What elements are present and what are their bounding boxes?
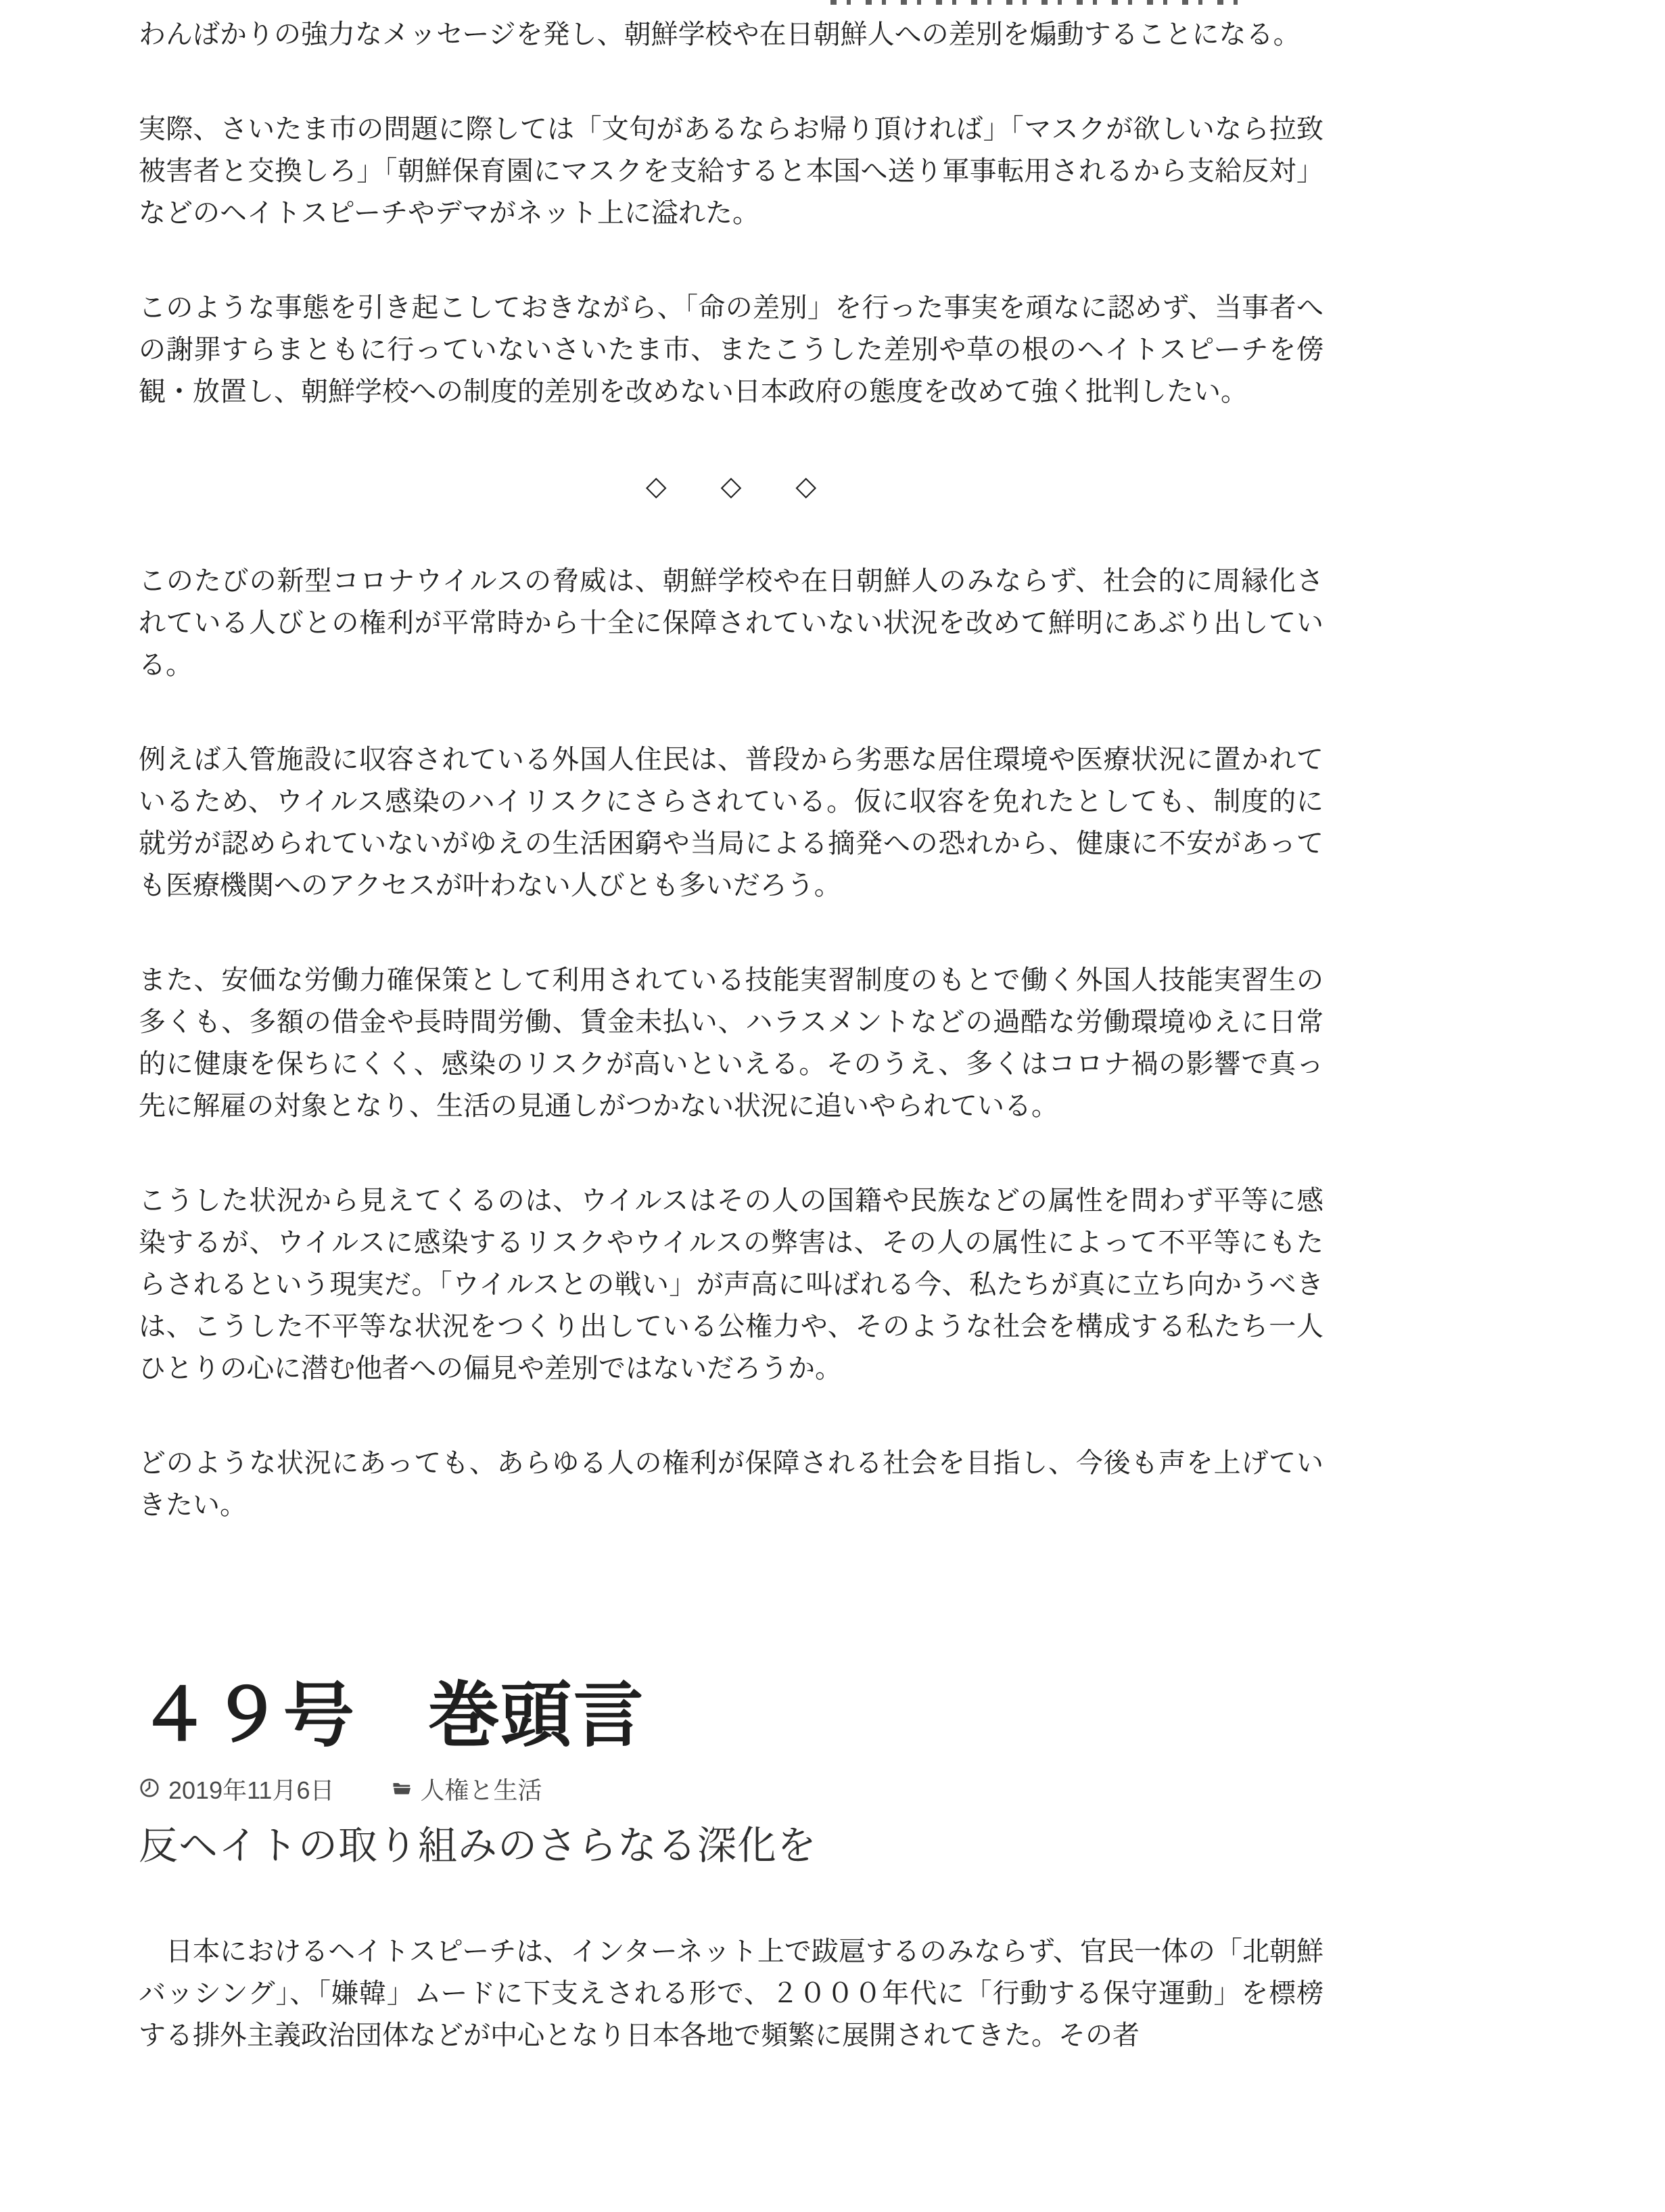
paragraph: また、安価な労働力確保策として利用されている技能実習制度のもとで働く外国人技能実… <box>139 959 1323 1127</box>
post-meta: 2019年11月6日 人権と生活 <box>139 1774 1323 1807</box>
article-excerpt: わんばかりの強力なメッセージを発し、朝鮮学校や在日朝鮮人への差別を煽動することに… <box>139 14 1323 1526</box>
paragraph: 例えば入管施設に収容されている外国人住民は、普段から劣悪な居住環境や医療状況に置… <box>139 739 1323 906</box>
article-content: わんばかりの強力なメッセージを発し、朝鮮学校や在日朝鮮人への差別を煽動することに… <box>139 0 1323 2056</box>
paragraph: 日本におけるヘイトスピーチは、インターネット上で跋扈するのみならず、官民一体の「… <box>139 1931 1323 2056</box>
paragraph: 実際、さいたま市の問題に際しては「文句があるならお帰り頂ければ」「マスクが欲しい… <box>139 108 1323 234</box>
post-subtitle: 反ヘイトの取り組みのさらなる深化を <box>139 1821 1323 1871</box>
clipped-text-fragment <box>830 0 1243 5</box>
paragraph: わんばかりの強力なメッセージを発し、朝鮮学校や在日朝鮮人への差別を煽動することに… <box>139 14 1323 55</box>
folder-icon <box>392 1774 412 1807</box>
post-date[interactable]: 2019年11月6日 <box>168 1774 334 1807</box>
diamond-section-separator: ◇ ◇ ◇ <box>139 465 1323 507</box>
post-date-item: 2019年11月6日 <box>139 1774 334 1807</box>
paragraph: このような事態を引き起こしておきながら、「命の差別」を行った事実を頑なに認めず、… <box>139 287 1323 413</box>
post-title-link[interactable]: ４９号 巻頭言 <box>139 1676 645 1755</box>
paragraph: どのような状況にあっても、あらゆる人の権利が保障される社会を目指し、今後も声を上… <box>139 1442 1323 1526</box>
post-title: ４９号 巻頭言 <box>139 1675 1323 1757</box>
paragraph: こうした状況から見えてくるのは、ウイルスはその人の国籍や民族などの属性を問わず平… <box>139 1180 1323 1389</box>
clock-icon <box>139 1774 160 1807</box>
post-category-link[interactable]: 人権と生活 <box>420 1774 542 1807</box>
post-category-item: 人権と生活 <box>392 1774 542 1807</box>
next-article: ４９号 巻頭言 2019年11月6日 人 <box>139 1675 1323 2056</box>
paragraph: このたびの新型コロナウイルスの脅威は、朝鮮学校や在日朝鮮人のみならず、社会的に周… <box>139 560 1323 686</box>
